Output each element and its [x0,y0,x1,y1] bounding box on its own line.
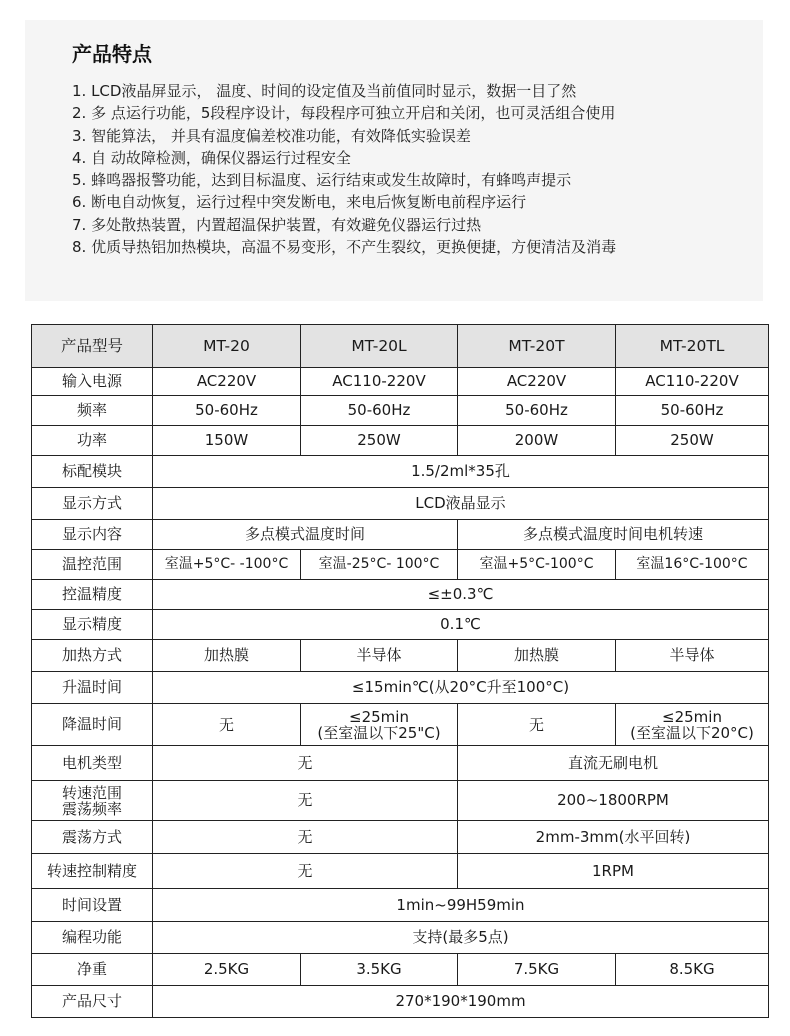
row-label: 电机类型 [32,746,153,781]
cell: 直流无刷电机 [458,746,769,781]
row-label: 加热方式 [32,640,153,672]
cell-line: (至室温以下20°C) [616,725,768,741]
cell: 250W [301,426,458,456]
row-label: 输入电源 [32,368,153,396]
row-label: 温控范围 [32,550,153,580]
table-row: 升温时间 ≤15min℃(从20°C升至100°C) [32,672,769,704]
table-row: 震荡方式 无 2mm-3mm(水平回转) [32,821,769,854]
cell: 无 [458,704,616,746]
cell: 0.1℃ [153,610,769,640]
cell: ≤15min℃(从20°C升至100°C) [153,672,769,704]
row-label: 标配模块 [32,456,153,488]
cell: 支持(最多5点) [153,922,769,954]
cell: AC110-220V [301,368,458,396]
row-label-line: 转速范围 [32,785,152,801]
table-row: 编程功能 支持(最多5点) [32,922,769,954]
row-label: 升温时间 [32,672,153,704]
row-label: 显示内容 [32,520,153,550]
table-row: 功率 150W 250W 200W 250W [32,426,769,456]
cell-line: 无 [458,717,615,733]
cell: 7.5KG [458,954,616,986]
table-header-row: 产品型号 MT-20 MT-20L MT-20T MT-20TL [32,325,769,368]
cell-line: ≤25min [301,709,457,725]
table-row: 电机类型 无 直流无刷电机 [32,746,769,781]
table-row: 控温精度 ≤±0.3℃ [32,580,769,610]
table-row: 显示精度 0.1℃ [32,610,769,640]
cell: 室温-25°C- 100°C [301,550,458,580]
cell: 加热膜 [153,640,301,672]
feature-item: 3. 智能算法， 并具有温度偏差校准功能，有效降低实验误差 [72,125,616,147]
header-label: 产品型号 [32,325,153,368]
table-row: 产品尺寸 270*190*190mm [32,986,769,1018]
table-row: 温控范围 室温+5°C- -100°C 室温-25°C- 100°C 室温+5°… [32,550,769,580]
row-label: 降温时间 [32,704,153,746]
table-row: 降温时间 无 ≤25min (至室温以下25"C) 无 ≤25min (至室温以… [32,704,769,746]
cell: 50-60Hz [153,396,301,426]
cell: 2.5KG [153,954,301,986]
features-title: 产品特点 [72,38,152,67]
cell: AC220V [153,368,301,396]
row-label: 编程功能 [32,922,153,954]
spec-table: 产品型号 MT-20 MT-20L MT-20T MT-20TL 输入电源 AC… [31,324,769,1018]
cell: 无 [153,746,458,781]
cell: 加热膜 [458,640,616,672]
cell: ≤25min (至室温以下25"C) [301,704,458,746]
cell: 1.5/2ml*35孔 [153,456,769,488]
table-row: 显示方式 LCD液晶显示 [32,488,769,520]
cell: 8.5KG [616,954,769,986]
cell: 50-60Hz [458,396,616,426]
cell: 多点模式温度时间 [153,520,458,550]
table-row: 频率 50-60Hz 50-60Hz 50-60Hz 50-60Hz [32,396,769,426]
row-label: 功率 [32,426,153,456]
table-row: 显示内容 多点模式温度时间 多点模式温度时间电机转速 [32,520,769,550]
table-row: 输入电源 AC220V AC110-220V AC220V AC110-220V [32,368,769,396]
cell: 50-60Hz [616,396,769,426]
model-header: MT-20T [458,325,616,368]
cell: 200W [458,426,616,456]
row-label: 时间设置 [32,889,153,922]
feature-item: 6. 断电自动恢复，运行过程中突发断电，来电后恢复断电前程序运行 [72,191,616,213]
cell: 270*190*190mm [153,986,769,1018]
cell: 200~1800RPM [458,781,769,821]
feature-item: 5. 蜂鸣器报警功能，达到目标温度、运行结束或发生故障时，有蜂鸣声提示 [72,169,616,191]
row-label: 控温精度 [32,580,153,610]
row-label: 产品尺寸 [32,986,153,1018]
row-label: 显示精度 [32,610,153,640]
cell-line: (至室温以下25"C) [301,725,457,741]
cell-line: 无 [153,717,300,733]
feature-item: 4. 自 动故障检测，确保仪器运行过程安全 [72,147,616,169]
cell: 无 [153,821,458,854]
table-row: 净重 2.5KG 3.5KG 7.5KG 8.5KG [32,954,769,986]
cell: 1RPM [458,854,769,889]
row-label: 频率 [32,396,153,426]
cell-line: ≤25min [616,709,768,725]
cell: LCD液晶显示 [153,488,769,520]
table-row: 转速控制精度 无 1RPM [32,854,769,889]
feature-item: 1. LCD液晶屏显示， 温度、时间的设定值及当前值同时显示，数据一目了然 [72,80,616,102]
table-row: 时间设置 1min~99H59min [32,889,769,922]
table-row: 转速范围 震荡频率 无 200~1800RPM [32,781,769,821]
cell: 50-60Hz [301,396,458,426]
features-panel: 产品特点 1. LCD液晶屏显示， 温度、时间的设定值及当前值同时显示，数据一目… [25,20,763,301]
model-header: MT-20 [153,325,301,368]
cell: AC110-220V [616,368,769,396]
cell: 250W [616,426,769,456]
table-row: 标配模块 1.5/2ml*35孔 [32,456,769,488]
features-list: 1. LCD液晶屏显示， 温度、时间的设定值及当前值同时显示，数据一目了然 2.… [72,80,616,258]
row-label: 转速控制精度 [32,854,153,889]
cell: ≤25min (至室温以下20°C) [616,704,769,746]
cell: 150W [153,426,301,456]
row-label: 显示方式 [32,488,153,520]
cell: 1min~99H59min [153,889,769,922]
cell: AC220V [458,368,616,396]
row-label-line: 震荡频率 [32,801,152,817]
cell: 半导体 [616,640,769,672]
cell: ≤±0.3℃ [153,580,769,610]
cell: 室温16°C-100°C [616,550,769,580]
cell: 室温+5°C- -100°C [153,550,301,580]
row-label: 转速范围 震荡频率 [32,781,153,821]
cell: 无 [153,854,458,889]
feature-item: 2. 多 点运行功能，5段程序设计，每段程序可独立开启和关闭，也可灵活组合使用 [72,102,616,124]
row-label: 净重 [32,954,153,986]
cell: 无 [153,704,301,746]
row-label: 震荡方式 [32,821,153,854]
cell: 多点模式温度时间电机转速 [458,520,769,550]
model-header: MT-20TL [616,325,769,368]
feature-item: 8. 优质导热铝加热模块，高温不易变形，不产生裂纹，更换便捷，方便清洁及消毒 [72,236,616,258]
cell: 2mm-3mm(水平回转) [458,821,769,854]
model-header: MT-20L [301,325,458,368]
cell: 无 [153,781,458,821]
cell: 3.5KG [301,954,458,986]
cell: 室温+5°C-100°C [458,550,616,580]
feature-item: 7. 多处散热装置，内置超温保护装置，有效避免仪器运行过热 [72,214,616,236]
table-row: 加热方式 加热膜 半导体 加热膜 半导体 [32,640,769,672]
cell: 半导体 [301,640,458,672]
